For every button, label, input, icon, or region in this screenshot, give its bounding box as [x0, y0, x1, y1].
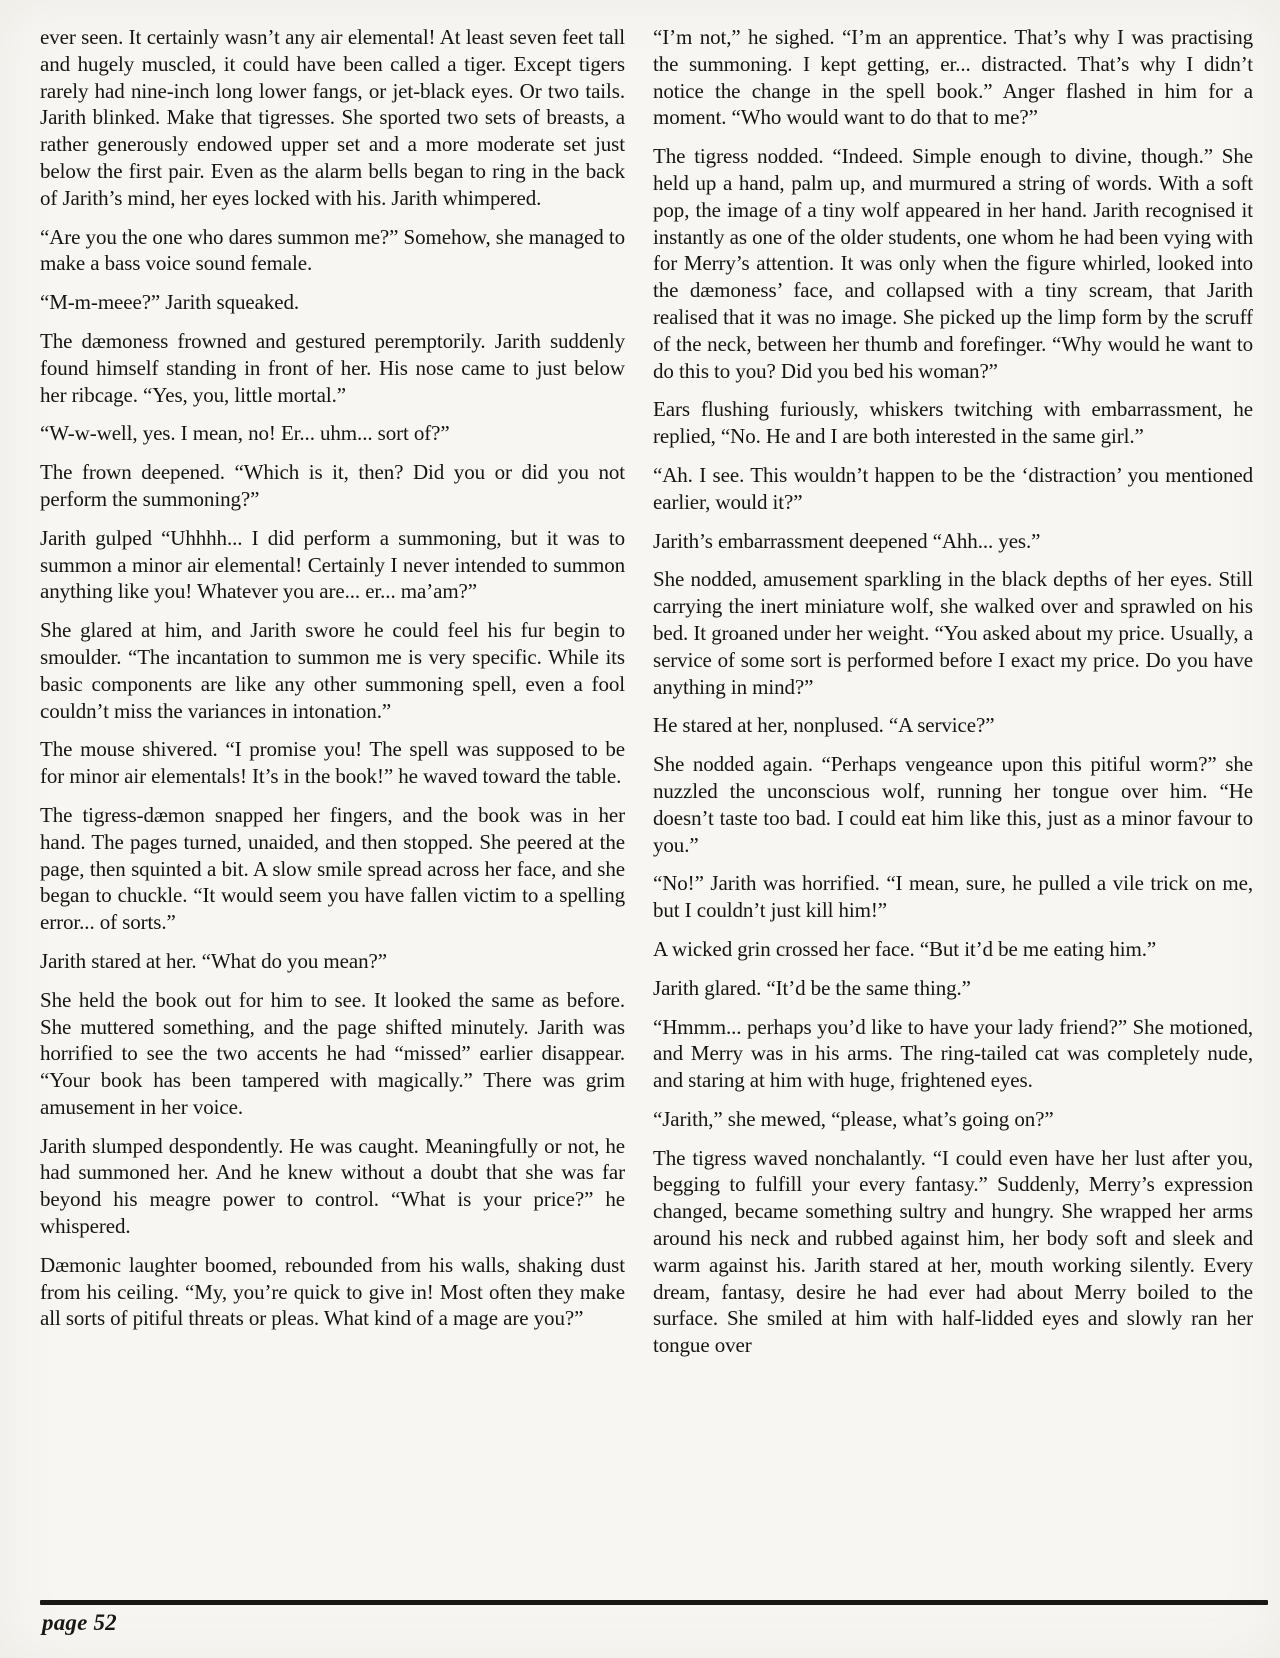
paragraph: Jarith gulped “Uhhhh... I did perform a … [40, 525, 625, 605]
paragraph: Ears flushing furiously, whiskers twitch… [653, 396, 1253, 450]
paragraph: She glared at him, and Jarith swore he c… [40, 617, 625, 724]
text-columns: ever seen. It certainly wasn’t any air e… [40, 24, 1253, 1580]
paragraph: “Jarith,” she mewed, “please, what’s goi… [653, 1106, 1253, 1133]
right-column: “I’m not,” he sighed. “I’m an apprentice… [653, 24, 1253, 1580]
scanned-book-page: ever seen. It certainly wasn’t any air e… [0, 0, 1280, 1658]
page-number: page 52 [42, 1610, 117, 1636]
paragraph: The tigress waved nonchalantly. “I could… [653, 1145, 1253, 1359]
paragraph: The tigress-dæmon snapped her fingers, a… [40, 802, 625, 936]
paragraph: The tigress nodded. “Indeed. Simple enou… [653, 143, 1253, 384]
paragraph: Jarith’s embarrassment deepened “Ahh... … [653, 528, 1253, 555]
paragraph: He stared at her, nonplused. “A service?… [653, 712, 1253, 739]
paragraph: Jarith slumped despondently. He was caug… [40, 1133, 625, 1240]
paragraph: ever seen. It certainly wasn’t any air e… [40, 24, 625, 212]
left-column: ever seen. It certainly wasn’t any air e… [40, 24, 625, 1580]
paragraph: Jarith glared. “It’d be the same thing.” [653, 975, 1253, 1002]
paragraph: “No!” Jarith was horrified. “I mean, sur… [653, 870, 1253, 924]
paragraph: The dæmoness frowned and gestured peremp… [40, 328, 625, 408]
paragraph: The mouse shivered. “I promise you! The … [40, 736, 625, 790]
paragraph: Dæmonic laughter boomed, rebounded from … [40, 1252, 625, 1332]
paragraph: She nodded, amusement sparkling in the b… [653, 566, 1253, 700]
paragraph: She held the book out for him to see. It… [40, 987, 625, 1121]
paragraph: Jarith stared at her. “What do you mean?… [40, 948, 625, 975]
paragraph: “Are you the one who dares summon me?” S… [40, 224, 625, 278]
paragraph: “M-m-meee?” Jarith squeaked. [40, 289, 625, 316]
paragraph: “W-w-well, yes. I mean, no! Er... uhm...… [40, 420, 625, 447]
paragraph: The frown deepened. “Which is it, then? … [40, 459, 625, 513]
paragraph: “I’m not,” he sighed. “I’m an apprentice… [653, 24, 1253, 131]
footer-rule [40, 1600, 1268, 1605]
paragraph: She nodded again. “Perhaps vengeance upo… [653, 751, 1253, 858]
paragraph: “Hmmm... perhaps you’d like to have your… [653, 1014, 1253, 1094]
paragraph: “Ah. I see. This wouldn’t happen to be t… [653, 462, 1253, 516]
paragraph: A wicked grin crossed her face. “But it’… [653, 936, 1253, 963]
